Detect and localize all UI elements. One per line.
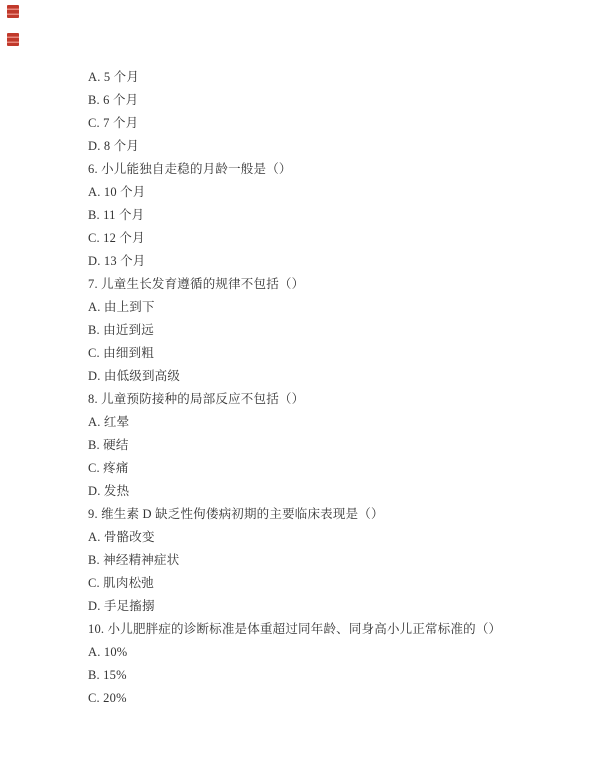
document-line: C. 20% — [88, 687, 568, 710]
document-line: 10. 小儿肥胖症的诊断标准是体重超过同年龄、同身高小儿正常标准的（） — [88, 618, 568, 641]
document-line: 8. 儿童预防接种的局部反应不包括（） — [88, 388, 568, 411]
red-stamp-icon — [7, 33, 19, 46]
document-line: B. 神经精神症状 — [88, 549, 568, 572]
document-line: A. 红晕 — [88, 411, 568, 434]
document-line: B. 硬结 — [88, 434, 568, 457]
document-line: C. 由细到粗 — [88, 342, 568, 365]
document-line: D. 手足搐搦 — [88, 595, 568, 618]
document-line: A. 5 个月 — [88, 66, 568, 89]
document-line: A. 10% — [88, 641, 568, 664]
document-line: 7. 儿童生长发育遵循的规律不包括（） — [88, 273, 568, 296]
red-stamp-icon — [7, 5, 19, 18]
document-line: C. 肌肉松弛 — [88, 572, 568, 595]
document-line: B. 由近到远 — [88, 319, 568, 342]
document-line: A. 10 个月 — [88, 181, 568, 204]
document-line: D. 13 个月 — [88, 250, 568, 273]
document-line: B. 11 个月 — [88, 204, 568, 227]
document-line: A. 由上到下 — [88, 296, 568, 319]
document-line: C. 7 个月 — [88, 112, 568, 135]
document-line: 9. 维生素 D 缺乏性佝偻病初期的主要临床表现是（） — [88, 503, 568, 526]
document-line: B. 6 个月 — [88, 89, 568, 112]
document-line: A. 骨骼改变 — [88, 526, 568, 549]
document-line: C. 12 个月 — [88, 227, 568, 250]
document-line: D. 8 个月 — [88, 135, 568, 158]
document-line: 6. 小儿能独自走稳的月龄一般是（） — [88, 158, 568, 181]
document-line: D. 发热 — [88, 480, 568, 503]
document-page: A. 5 个月B. 6 个月C. 7 个月D. 8 个月6. 小儿能独自走稳的月… — [0, 0, 600, 776]
document-line: C. 疼痛 — [88, 457, 568, 480]
document-line: B. 15% — [88, 664, 568, 687]
document-line: D. 由低级到高级 — [88, 365, 568, 388]
document-content: A. 5 个月B. 6 个月C. 7 个月D. 8 个月6. 小儿能独自走稳的月… — [88, 66, 568, 710]
